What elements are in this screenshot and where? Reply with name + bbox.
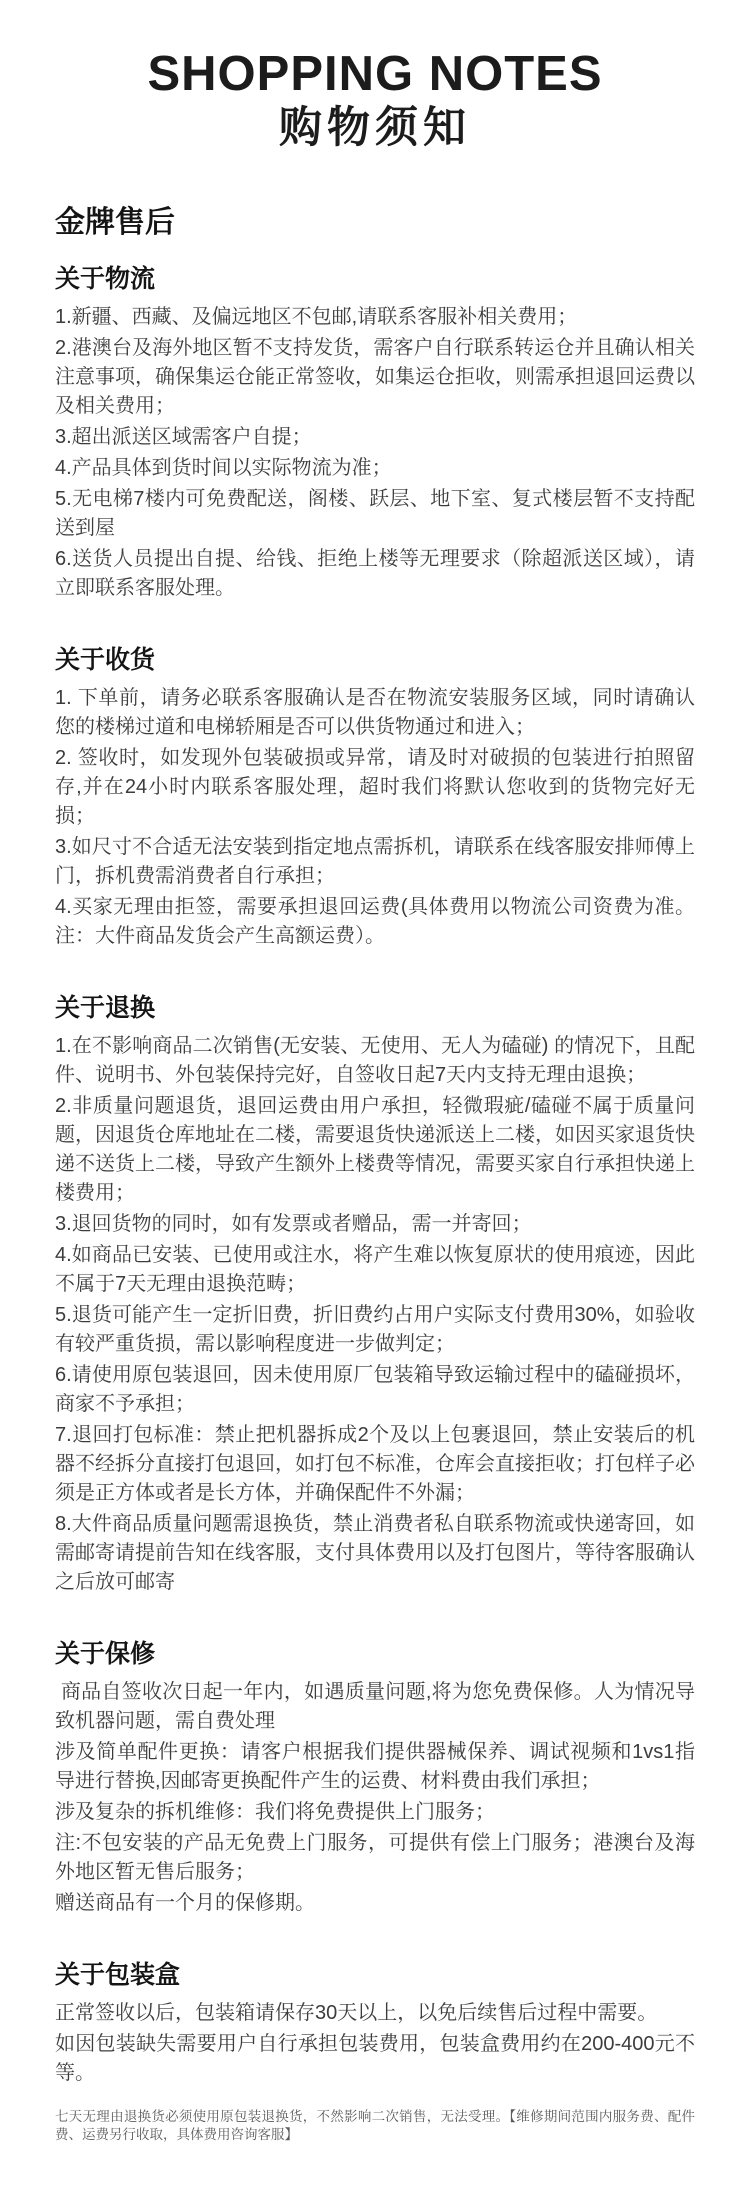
main-heading: 金牌售后 — [55, 206, 695, 240]
paragraph: 4.如商品已安装、已使用或注水，将产生难以恢复原状的使用痕迹，因此不属于7天无理… — [55, 1241, 695, 1299]
paragraph: 1.新疆、西藏、及偏远地区不包邮,请联系客服补相关费用； — [55, 303, 695, 332]
content-column: 金牌售后 关于物流 1.新疆、西藏、及偏远地区不包邮,请联系客服补相关费用； 2… — [0, 206, 750, 2204]
policy-section: 关于保修 商品自签收次日起一年内，如遇质量问题,将为您免费保修。人为情况导致机器… — [55, 1639, 695, 1918]
section-paragraphs: 1.新疆、西藏、及偏远地区不包邮,请联系客服补相关费用； 2.港澳台及海外地区暂… — [55, 303, 695, 603]
paragraph: 7.退回打包标准：禁止把机器拆成2个及以上包裹退回，禁止安装后的机器不经拆分直接… — [55, 1421, 695, 1508]
paragraph: 商品自签收次日起一年内，如遇质量问题,将为您免费保修。人为情况导致机器问题，需自… — [55, 1678, 695, 1736]
paragraph: 4.买家无理由拒签，需要承担退回运费(具体费用以物流公司资费为准。注：大件商品发… — [55, 893, 695, 951]
section-paragraphs: 1. 下单前，请务必联系客服确认是否在物流安装服务区域，同时请确认您的楼梯过道和… — [55, 684, 695, 951]
paragraph: 5.退货可能产生一定折旧费，折旧费约占用户实际支付费用30%，如验收有较严重货损… — [55, 1301, 695, 1359]
policy-section: 关于收货 1. 下单前，请务必联系客服确认是否在物流安装服务区域，同时请确认您的… — [55, 645, 695, 951]
paragraph: 4.产品具体到货时间以实际物流为准； — [55, 454, 695, 483]
policy-section: 关于物流 1.新疆、西藏、及偏远地区不包邮,请联系客服补相关费用； 2.港澳台及… — [55, 264, 695, 603]
paragraph: 涉及简单配件更换：请客户根据我们提供器械保养、调试视频和1vs1指导进行替换,因… — [55, 1738, 695, 1796]
paragraph: 3.超出派送区域需客户自提； — [55, 423, 695, 452]
paragraph: 5.无电梯7楼内可免费配送，阁楼、跃层、地下室、复式楼层暂不支持配送到屋 — [55, 485, 695, 543]
section-heading: 关于保修 — [55, 1639, 695, 1669]
paragraph: 注:不包安装的产品无免费上门服务，可提供有偿上门服务；港澳台及海外地区暂无售后服… — [55, 1829, 695, 1887]
paragraph: 如因包装缺失需要用户自行承担包装费用，包装盒费用约在200-400元不等。 — [55, 2030, 695, 2088]
paragraph: 2.非质量问题退货，退回运费由用户承担，轻微瑕疵/磕碰不属于质量问题，因退货仓库… — [55, 1092, 695, 1208]
policy-section: 关于包装盒 正常签收以后，包装箱请保存30天以上，以免后续售后过程中需要。 如因… — [55, 1960, 695, 2088]
paragraph: 1.在不影响商品二次销售(无安装、无使用、无人为磕碰) 的情况下，且配件、说明书… — [55, 1032, 695, 1090]
paragraph: 1. 下单前，请务必联系客服确认是否在物流安装服务区域，同时请确认您的楼梯过道和… — [55, 684, 695, 742]
sections-container: 关于物流 1.新疆、西藏、及偏远地区不包邮,请联系客服补相关费用； 2.港澳台及… — [55, 264, 695, 2088]
paragraph: 涉及复杂的拆机维修：我们将免费提供上门服务； — [55, 1798, 695, 1827]
paragraph: 2.港澳台及海外地区暂不支持发货，需客户自行联系转运仓并且确认相关注意事项，确保… — [55, 334, 695, 421]
paragraph: 3.如尺寸不合适无法安装到指定地点需拆机，请联系在线客服安排师傅上门，拆机费需消… — [55, 833, 695, 891]
section-heading: 关于收货 — [55, 645, 695, 675]
policy-section: 关于退换 1.在不影响商品二次销售(无安装、无使用、无人为磕碰) 的情况下，且配… — [55, 993, 695, 1597]
section-heading: 关于退换 — [55, 993, 695, 1023]
paragraph: 赠送商品有一个月的保修期。 — [55, 1889, 695, 1918]
section-paragraphs: 商品自签收次日起一年内，如遇质量问题,将为您免费保修。人为情况导致机器问题，需自… — [55, 1678, 695, 1918]
paragraph: 正常签收以后，包装箱请保存30天以上，以免后续售后过程中需要。 — [55, 1999, 695, 2028]
footnote: 七天无理由退换货必须使用原包装退换货，不然影响二次销售，无法受理。【维修期间范围… — [55, 2108, 695, 2144]
section-heading: 关于物流 — [55, 264, 695, 294]
paragraph: 2. 签收时，如发现外包装破损或异常，请及时对破损的包装进行拍照留存,并在24小… — [55, 744, 695, 831]
section-paragraphs: 1.在不影响商品二次销售(无安装、无使用、无人为磕碰) 的情况下，且配件、说明书… — [55, 1032, 695, 1597]
paragraph: 8.大件商品质量问题需退换货，禁止消费者私自联系物流或快递寄回，如需邮寄请提前告… — [55, 1510, 695, 1597]
page-title-en: SHOPPING NOTES — [0, 46, 750, 102]
section-heading: 关于包装盒 — [55, 1960, 695, 1990]
page-title-zh: 购物须知 — [0, 102, 750, 154]
section-paragraphs: 正常签收以后，包装箱请保存30天以上，以免后续售后过程中需要。 如因包装缺失需要… — [55, 1999, 695, 2088]
paragraph: 3.退回货物的同时，如有发票或者赠品，需一并寄回； — [55, 1210, 695, 1239]
paragraph: 6.请使用原包装退回，因未使用原厂包装箱导致运输过程中的磕碰损坏，商家不予承担； — [55, 1361, 695, 1419]
title-block: SHOPPING NOTES 购物须知 — [0, 0, 750, 154]
shopping-notes-page: SHOPPING NOTES 购物须知 金牌售后 关于物流 1.新疆、西藏、及偏… — [0, 0, 750, 2204]
paragraph: 6.送货人员提出自提、给钱、拒绝上楼等无理要求（除超派送区域），请立即联系客服处… — [55, 545, 695, 603]
